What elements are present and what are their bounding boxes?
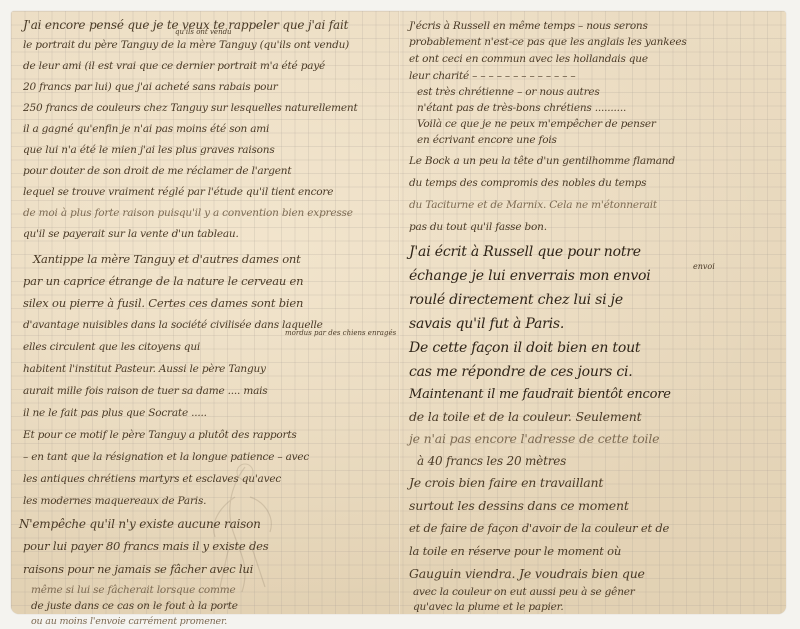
handwritten-line: Gauguin viendra. Je voudrais bien que (409, 568, 645, 581)
handwritten-line: et de faire de façon d'avoir de la coule… (409, 523, 669, 535)
handwritten-line: la toile en réserve pour le moment où (409, 546, 621, 558)
handwritten-line: elles circulent que les citoyens qui (23, 342, 200, 353)
handwritten-line: pour douter de son droit de me réclamer … (23, 166, 291, 177)
handwritten-line: du Taciturne et de Marnix. Cela ne m'éto… (409, 200, 657, 211)
handwritten-line: à 40 francs les 20 mètres (417, 455, 566, 467)
handwritten-line: de moi à plus forte raison puisqu'il y a… (23, 208, 353, 219)
handwritten-line: n'étant pas de très-bons chrétiens .....… (417, 103, 626, 114)
right-page: J'écris à Russell en même temps – nous s… (403, 17, 781, 607)
handwritten-line: savais qu'il fut à Paris. (409, 317, 564, 331)
handwritten-line: en écrivant encore une fois (417, 135, 557, 146)
handwritten-line: d'avantage nuisibles dans la société civ… (23, 320, 323, 331)
handwritten-line: Et pour ce motif le père Tanguy a plutôt… (23, 430, 297, 441)
handwritten-line: de juste dans ce cas on le fout à la por… (31, 601, 238, 612)
handwritten-line: échange je lui enverrais mon envoi (409, 269, 651, 283)
handwritten-line: que lui n'a été le mien j'ai les plus gr… (23, 145, 275, 156)
handwritten-line: De cette façon il doit bien en tout (409, 341, 640, 355)
handwritten-line: lequel se trouve vraiment réglé par l'ét… (23, 187, 333, 198)
interlinear-note: qu'ils ont vendu (175, 28, 232, 36)
handwritten-line: Xantippe la mère Tanguy et d'autres dame… (33, 254, 301, 266)
handwritten-line: silex ou pierre à fusil. Certes ces dame… (23, 298, 303, 310)
handwritten-line: il ne le fait pas plus que Socrate ..... (23, 408, 207, 419)
handwritten-line: avec la couleur on eut aussi peu à se gê… (413, 587, 635, 598)
handwritten-line: 20 francs par lui) que j'ai acheté sans … (23, 82, 278, 93)
handwritten-line: Voilà ce que je ne peux m'empêcher de pe… (417, 119, 656, 130)
handwritten-line: 250 francs de couleurs chez Tanguy sur l… (23, 103, 357, 114)
handwritten-line: je n'ai pas encore l'adresse de cette to… (409, 433, 659, 446)
faint-sketch-figure (190, 457, 300, 597)
handwritten-line: est très chrétienne – or nous autres (417, 87, 600, 98)
handwritten-line: roulé directement chez lui si je (409, 293, 623, 307)
handwritten-line: J'ai écrit à Russell que pour notre (409, 245, 641, 259)
handwritten-line: aurait mille fois raison de tuer sa dame… (23, 386, 268, 397)
handwritten-line: qu'il se payerait sur la vente d'un tabl… (23, 229, 239, 240)
paper-sheet: J'ai encore pensé que je te veux te rapp… (11, 11, 786, 614)
handwritten-line: du temps des compromis des nobles du tem… (409, 178, 646, 189)
handwritten-line: J'écris à Russell en même temps – nous s… (409, 21, 648, 32)
handwritten-line: Maintenant il me faudrait bientôt encore (409, 388, 671, 401)
handwritten-line: de la toile et de la couleur. Seulement (409, 411, 641, 424)
marginal-insert-note: mordus par des chiens enragés (285, 329, 396, 337)
left-page: J'ai encore pensé que je te veux te rapp… (15, 17, 393, 607)
handwritten-line: probablement n'est-ce pas que les anglai… (409, 37, 687, 48)
handwritten-line: surtout les dessins dans ce moment (409, 500, 629, 513)
interlinear-note: envoi (693, 262, 715, 271)
handwritten-line: de leur ami (il est vrai que ce dernier … (23, 61, 325, 72)
letter-scan: J'ai encore pensé que je te veux te rapp… (0, 0, 800, 629)
handwritten-line: le portrait du père Tanguy de la mère Ta… (23, 40, 349, 51)
handwritten-line: pas du tout qu'il fasse bon. (409, 222, 547, 233)
handwritten-line: il a gagné qu'enfin je n'ai pas moins ét… (23, 124, 269, 135)
handwritten-line: habitent l'institut Pasteur. Aussi le pè… (23, 364, 266, 375)
center-fold (398, 11, 400, 614)
handwritten-line: par un caprice étrange de la nature le c… (23, 276, 303, 288)
handwritten-line: et ont ceci en commun avec les hollandai… (409, 54, 648, 65)
handwritten-line: ou au moins l'envoie carrément promener. (31, 617, 227, 627)
handwritten-line: qu'avec la plume et le papier. (413, 602, 563, 613)
handwritten-line: Je crois bien faire en travaillant (409, 477, 603, 490)
handwritten-line: les modernes maquereaux de Paris. (23, 496, 206, 507)
handwritten-line: cas me répondre de ces jours ci. (409, 365, 633, 379)
handwritten-line: Le Bock a un peu la tête d'un gentilhomm… (409, 156, 675, 167)
handwritten-line: leur charité – – – – – – – – – – – – – (409, 71, 575, 82)
